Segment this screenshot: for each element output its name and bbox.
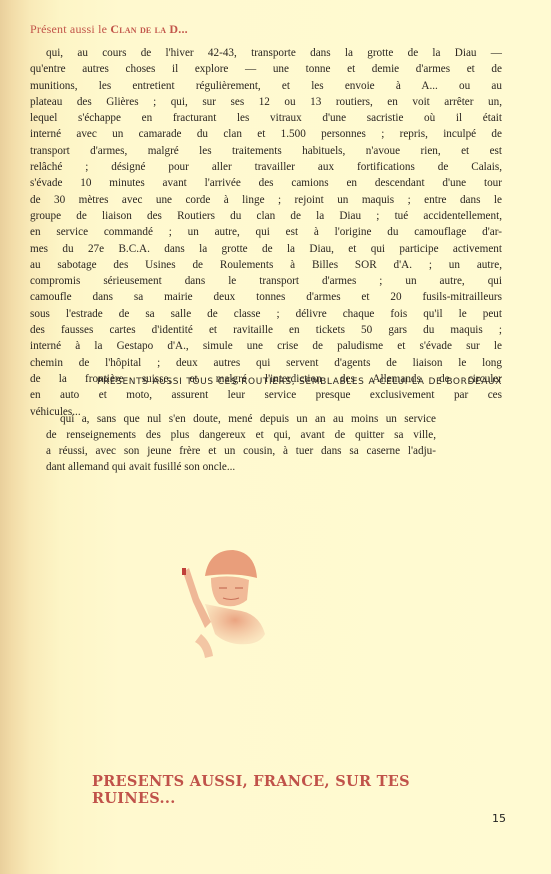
text-line: qui a, sans que nul s'en doute, mené dep… [46,411,436,427]
text-line: des fausses cartes d'identité et ravitai… [30,322,502,338]
text-line: relâché ; désigné pour aller travailler … [30,159,502,175]
text-line: dant allemand qui avait fusillé son oncl… [46,459,436,475]
text-line: interné avec un camarade du clan et 1.50… [30,126,502,142]
text-line: mes du 27e B.C.A. dans la grotte de la D… [30,241,502,257]
soldier-sketch-icon [175,538,270,663]
text-line: au sabotage des Usines de Roulements à B… [30,257,502,273]
text-line: compromis sérieusement dans le transport… [30,273,502,289]
text-line: chemin de l'hôpital ; deux autres qui se… [30,355,502,371]
text-line: a réussi, avec son jeune frère et un cou… [46,443,436,459]
page-number: 15 [492,812,506,825]
book-page: Présent aussi le Clan de la D... qui, au… [0,0,551,874]
text-line: munitions, les entretient régulièrement,… [30,78,502,94]
closing-title: PRESENTS AUSSI, FRANCE, SUR TES RUINES..… [92,773,496,807]
text-line: qui, au cours de l'hiver 42-43, transpor… [30,45,502,61]
paragraph-1: qui, au cours de l'hiver 42-43, transpor… [30,45,502,420]
text-line: sous l'estrade de sa salle de classe ; d… [30,306,502,322]
text-line: lequel s'échappe en fracturant les vitra… [30,110,502,126]
paragraph-2: qui a, sans que nul s'en doute, mené dep… [46,411,436,475]
text-line: en auto et moto, assurent leur service p… [30,387,502,403]
text-line: en service commandé ; un autre, qui est … [30,224,502,240]
text-line: s'évade 10 minutes avant l'arrivée des c… [30,175,502,191]
text-line: plateau des Glières ; qui, sur ses 12 ou… [30,94,502,110]
running-header: Présent aussi le Clan de la D... [30,22,188,37]
text-line: interné à la Gestapo d'A., simule une cr… [30,338,502,354]
header-smallcaps: Clan de la D... [110,22,187,36]
header-prefix: Présent aussi le [30,22,110,36]
text-line: de renseignements des plus dangereux et … [46,427,436,443]
text-line: de 30 mètres avec une corde à linge ; re… [30,192,502,208]
text-line: groupe de liaison des Routiers du clan d… [30,208,502,224]
section-subheading: PRÉSENTS AUSSI TOUS CES ROUTIERS, SEMBLA… [97,377,502,387]
text-line: transport d'armes, malgré les traitement… [30,143,502,159]
soldier-illustration [175,538,270,663]
text-line: camoufle dans sa mairie deux tonnes d'ar… [30,289,502,305]
text-line: qu'entre autres choses il explore — une … [30,61,502,77]
